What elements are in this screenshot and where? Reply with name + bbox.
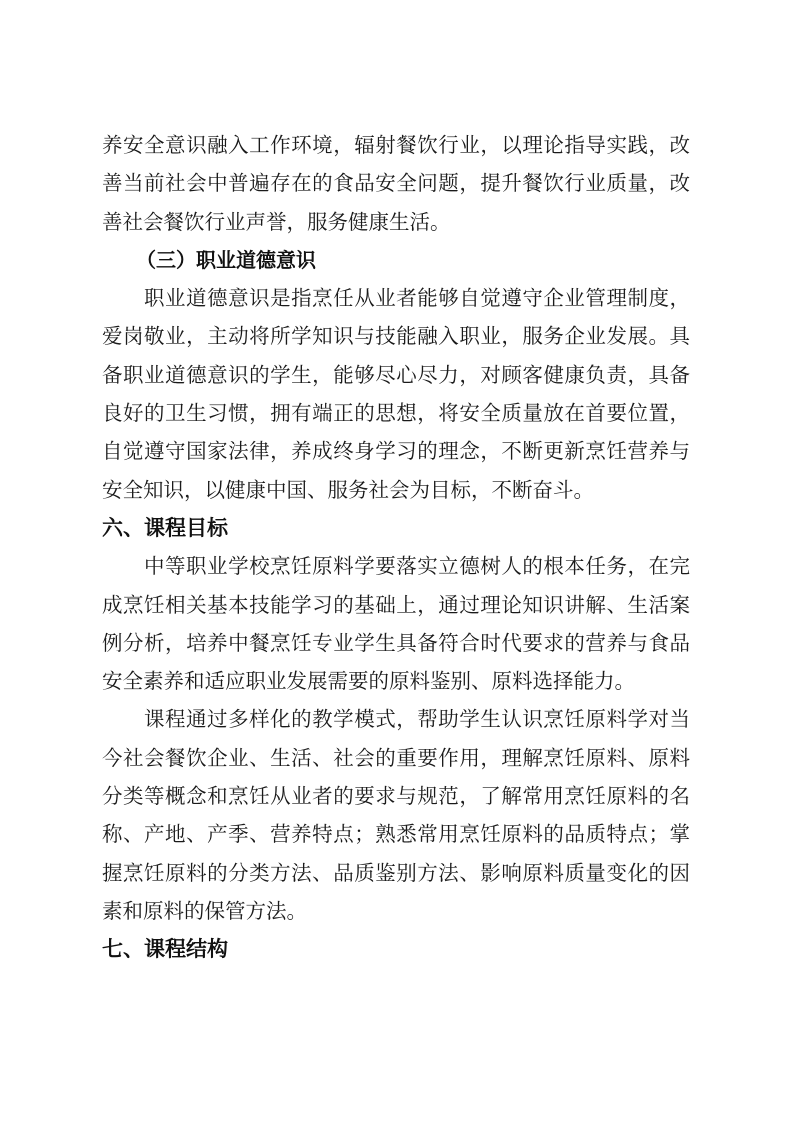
text-line: 分类等概念和烹饪从业者的要求与规范，了解常用烹饪原料的名	[102, 777, 690, 815]
course-objectives-paragraph-1: 中等职业学校烹饪原料学要落实立德树人的根本任务，在完 成烹饪相关基本技能学习的基…	[102, 547, 690, 700]
text-line: 备职业道德意识的学生，能够尽心尽力，对顾客健康负责，具备	[102, 356, 690, 394]
subsection-heading-professional-ethics: （三）职业道德意识	[102, 241, 690, 279]
text-line: 称、产地、产季、营养特点；熟悉常用烹饪原料的品质特点；掌	[102, 815, 690, 853]
text-line: 自觉遵守国家法律，养成终身学习的理念，不断更新烹饪营养与	[102, 432, 690, 470]
text-line: 爱岗敬业，主动将所学知识与技能融入职业，服务企业发展。具	[102, 317, 690, 355]
text-line: 例分析，培养中餐烹饪专业学生具备符合时代要求的营养与食品	[102, 624, 690, 662]
professional-ethics-paragraph: 职业道德意识是指烹任从业者能够自觉遵守企业管理制度， 爱岗敬业，主动将所学知识与…	[102, 279, 690, 509]
text-line: 今社会餐饮企业、生活、社会的重要作用，理解烹饪原料、原料	[102, 739, 690, 777]
intro-paragraph: 养安全意识融入工作环境，辐射餐饮行业，以理论指导实践，改 善当前社会中普遍存在的…	[102, 126, 690, 241]
text-line: 素和原料的保管方法。	[102, 892, 690, 930]
text-line: 良好的卫生习惯，拥有端正的思想，将安全质量放在首要位置，	[102, 394, 690, 432]
section-heading-course-objectives: 六、课程目标	[102, 509, 690, 547]
text-line: 课程通过多样化的教学模式，帮助学生认识烹饪原料学对当	[102, 700, 690, 738]
text-line: 安全知识，以健康中国、服务社会为目标，不断奋斗。	[102, 471, 690, 509]
section-heading-course-structure: 七、课程结构	[102, 930, 690, 968]
text-line: 养安全意识融入工作环境，辐射餐饮行业，以理论指导实践，改	[102, 126, 690, 164]
text-line: 善当前社会中普遍存在的食品安全问题，提升餐饮行业质量，改	[102, 164, 690, 202]
document-page: 养安全意识融入工作环境，辐射餐饮行业，以理论指导实践，改 善当前社会中普遍存在的…	[102, 126, 690, 969]
course-objectives-paragraph-2: 课程通过多样化的教学模式，帮助学生认识烹饪原料学对当 今社会餐饮企业、生活、社会…	[102, 700, 690, 930]
text-line: 成烹饪相关基本技能学习的基础上，通过理论知识讲解、生活案	[102, 586, 690, 624]
text-line: 中等职业学校烹饪原料学要落实立德树人的根本任务，在完	[102, 547, 690, 585]
text-line: 职业道德意识是指烹任从业者能够自觉遵守企业管理制度，	[102, 279, 690, 317]
text-line: 安全素养和适应职业发展需要的原料鉴别、原料选择能力。	[102, 662, 690, 700]
text-line: 善社会餐饮行业声誉，服务健康生活。	[102, 203, 690, 241]
text-line: 握烹饪原料的分类方法、品质鉴别方法、影响原料质量变化的因	[102, 854, 690, 892]
